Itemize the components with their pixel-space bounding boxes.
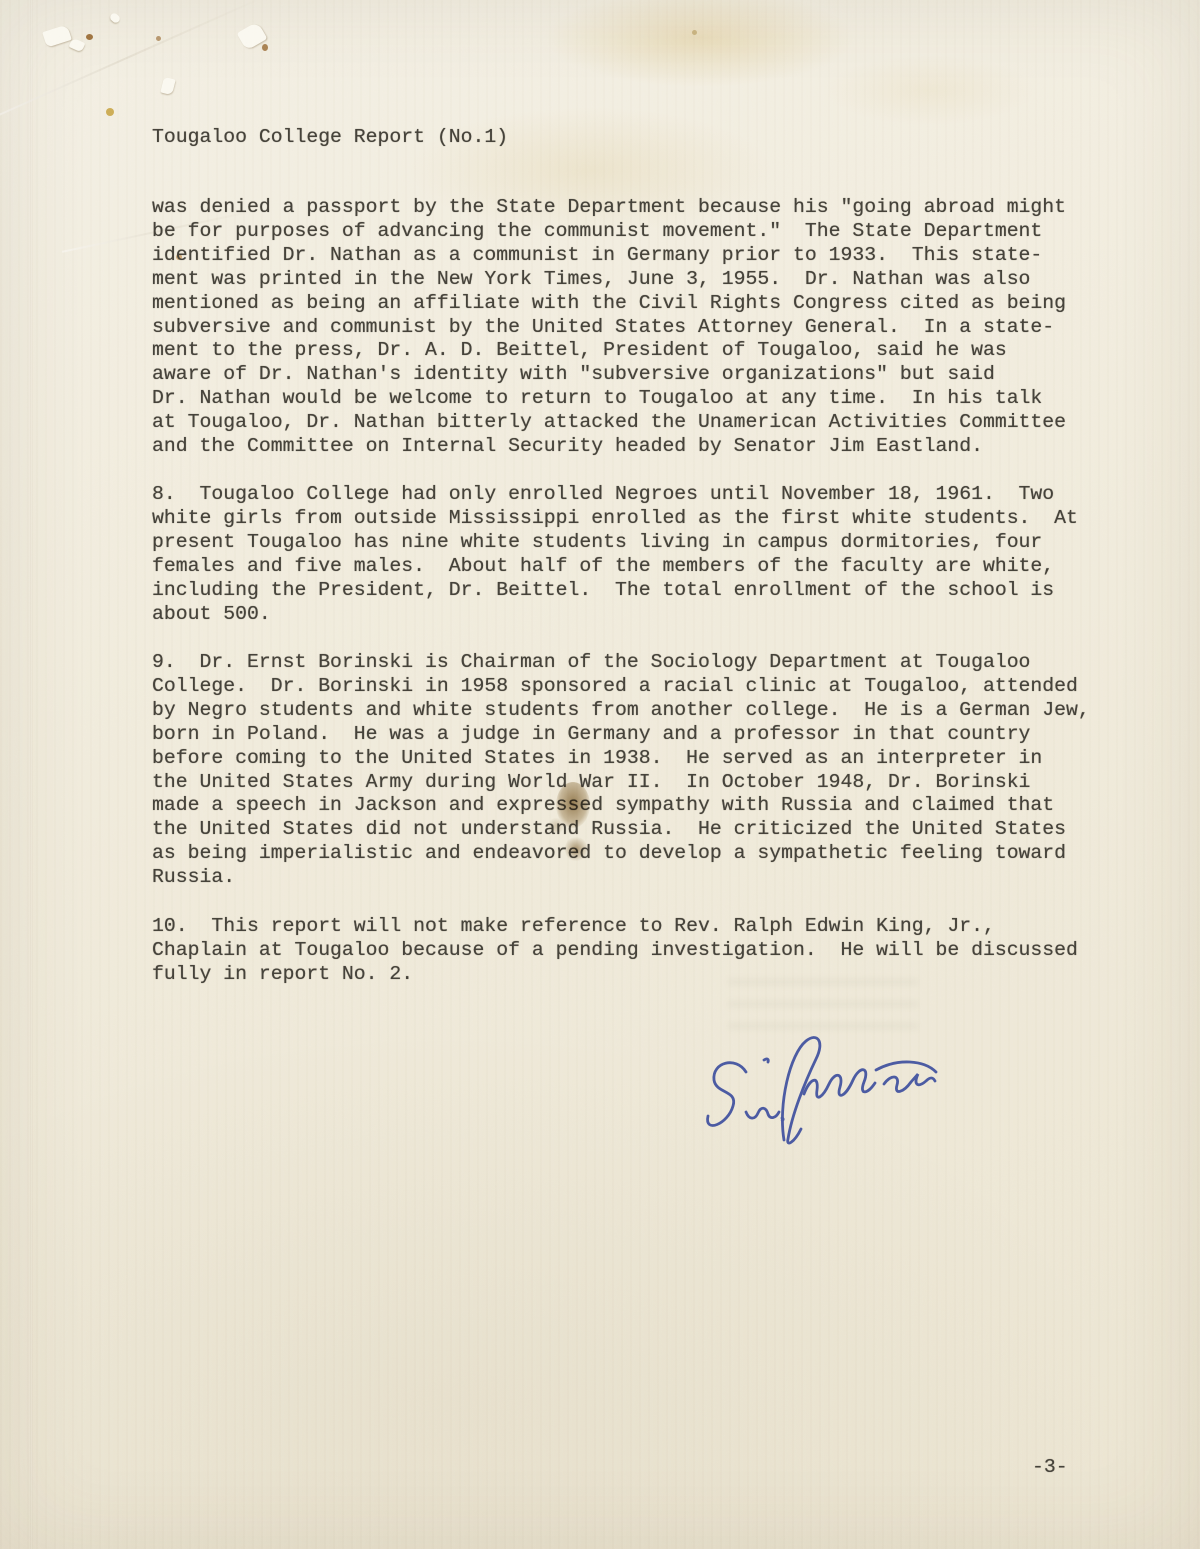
paragraph-item-8: 8. Tougaloo College had only enrolled Ne… bbox=[152, 483, 1102, 626]
document-page: Tougaloo College Report (No.1) was denie… bbox=[0, 0, 1200, 1549]
document-title: Tougaloo College Report (No.1) bbox=[152, 126, 1102, 150]
torn-paper-flake bbox=[237, 21, 268, 50]
signature bbox=[688, 1032, 950, 1150]
torn-paper-flake bbox=[42, 24, 72, 47]
torn-paper-flake bbox=[109, 12, 122, 25]
vertical-fold-crease bbox=[30, 0, 33, 1549]
rust-speck bbox=[156, 36, 161, 41]
torn-paper-flake bbox=[69, 38, 86, 53]
rust-speck bbox=[262, 44, 268, 51]
page-number: -3- bbox=[1032, 1456, 1152, 1480]
paragraph-continuation: was denied a passport by the State Depar… bbox=[152, 196, 1102, 459]
paragraph-item-10: 10. This report will not make reference … bbox=[152, 915, 1102, 987]
torn-paper-flake bbox=[160, 77, 176, 95]
paragraph-item-9: 9. Dr. Ernst Borinski is Chairman of the… bbox=[152, 651, 1102, 890]
rust-speck bbox=[86, 34, 93, 40]
diagonal-crease bbox=[0, 0, 267, 127]
stain-speck bbox=[692, 30, 697, 35]
stain-speck bbox=[106, 108, 114, 116]
signature-ink bbox=[688, 1032, 950, 1150]
